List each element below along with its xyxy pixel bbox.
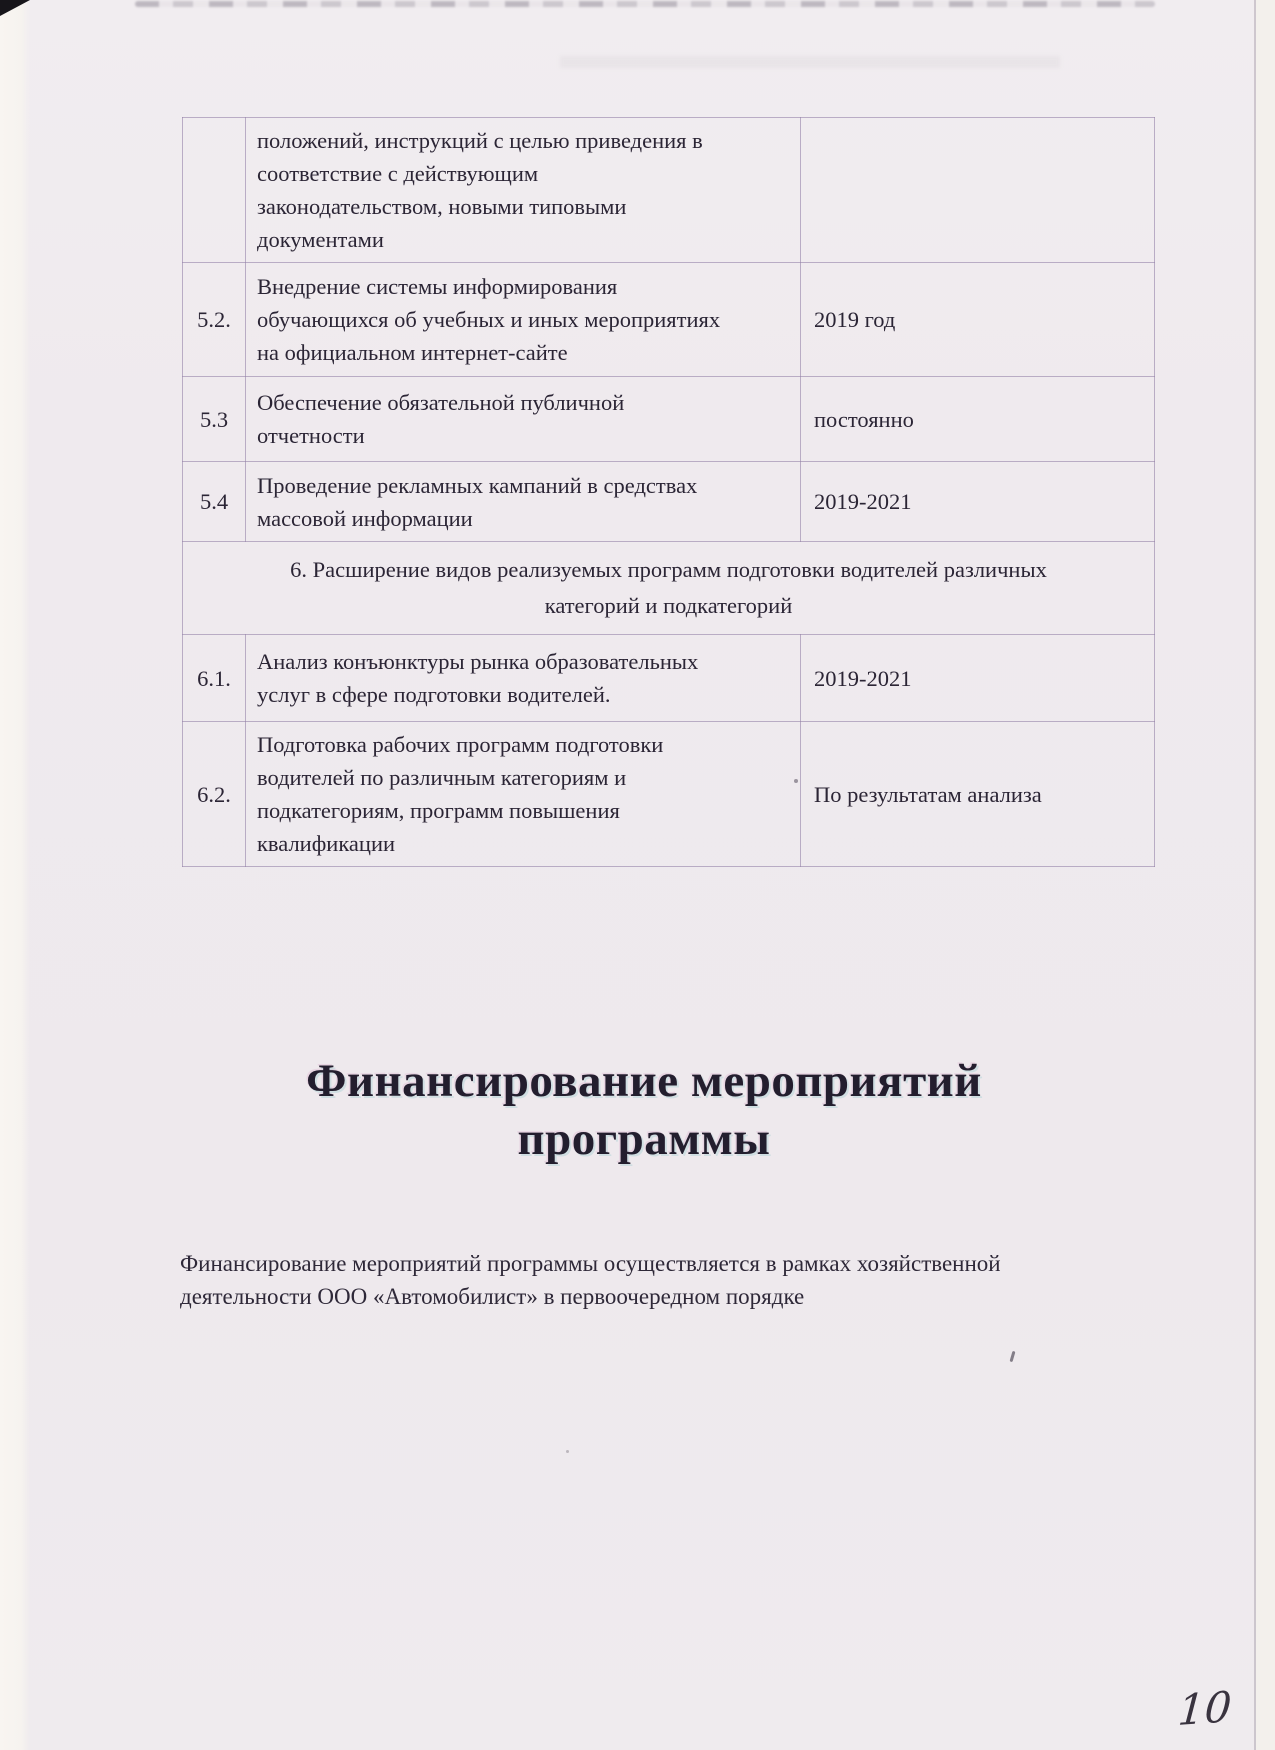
paper-left-edge bbox=[0, 0, 30, 1750]
period-cell: 2019-2021 bbox=[801, 462, 1155, 542]
program-activities-table: положений, инструкций с целью приведения… bbox=[182, 117, 1155, 867]
handwritten-page-number: 10 bbox=[1176, 1682, 1233, 1735]
period-cell bbox=[801, 118, 1155, 263]
activity-cell: положений, инструкций с целью приведения… bbox=[246, 118, 801, 263]
scan-corner-shadow bbox=[0, 0, 30, 16]
scanned-page: положений, инструкций с целью приведения… bbox=[0, 0, 1275, 1750]
activity-cell: Проведение рекламных кампаний в средства… bbox=[246, 462, 801, 542]
scanner-background-strip bbox=[1256, 0, 1275, 1750]
row-number-cell bbox=[183, 118, 246, 263]
financing-section-title-line1: Финансирование мероприятий bbox=[30, 1052, 1258, 1110]
table-row: 6.2. Подготовка рабочих программ подгото… bbox=[183, 722, 1155, 867]
table-section-row: 6. Расширение видов реализуемых программ… bbox=[183, 542, 1155, 635]
row-number-cell: 6.2. bbox=[183, 722, 246, 867]
scan-artifact-top-band bbox=[135, 1, 1155, 7]
period-cell: 2019-2021 bbox=[801, 635, 1155, 722]
period-cell: 2019 год bbox=[801, 263, 1155, 377]
row-number-cell: 5.2. bbox=[183, 263, 246, 377]
financing-section-title: Финансирование мероприятий программы bbox=[30, 1052, 1258, 1168]
financing-section-title-line2: программы bbox=[30, 1110, 1258, 1168]
row-number-cell: 5.4 bbox=[183, 462, 246, 542]
scan-artifact-tick bbox=[1010, 1351, 1016, 1362]
table-row: 5.4 Проведение рекламных кампаний в сред… bbox=[183, 462, 1155, 542]
row-number-cell: 5.3 bbox=[183, 377, 246, 462]
activity-cell: Обеспечение обязательной публичной отчет… bbox=[246, 377, 801, 462]
activity-cell: Подготовка рабочих программ подготовки в… bbox=[246, 722, 801, 867]
activity-cell: Анализ конъюнктуры рынка образовательных… bbox=[246, 635, 801, 722]
scan-artifact-ghost-band bbox=[560, 56, 1060, 68]
financing-note-paragraph: Финансирование мероприятий программы осу… bbox=[180, 1248, 1125, 1313]
period-cell: По результатам анализа bbox=[801, 722, 1155, 867]
period-cell: постоянно bbox=[801, 377, 1155, 462]
table-row: положений, инструкций с целью приведения… bbox=[183, 118, 1155, 263]
activity-cell: Внедрение системы информирования обучающ… bbox=[246, 263, 801, 377]
table-row: 5.3 Обеспечение обязательной публичной о… bbox=[183, 377, 1155, 462]
section-header-cell: 6. Расширение видов реализуемых программ… bbox=[183, 542, 1155, 635]
scan-artifact-dot bbox=[566, 1450, 569, 1453]
row-number-cell: 6.1. bbox=[183, 635, 246, 722]
table-row: 6.1. Анализ конъюнктуры рынка образовате… bbox=[183, 635, 1155, 722]
table-row: 5.2. Внедрение системы информирования об… bbox=[183, 263, 1155, 377]
